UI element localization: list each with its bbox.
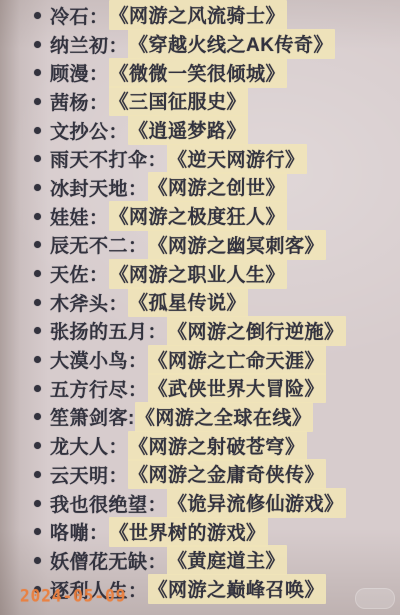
book-title-highlighted: 《网游之射破苍穹》 [128, 431, 307, 461]
author-name: 妖僧花无缺： [50, 547, 167, 574]
bullet-icon [34, 98, 41, 105]
bullet-icon [34, 127, 41, 134]
bullet-icon [34, 557, 41, 564]
list-item: 木斧头：《孤星传说》 [0, 288, 400, 317]
photo-page: 冷石：《网游之风流骑士》纳兰初：《穿越火线之AK传奇》顾漫：《微微一笑很倾城》茜… [0, 0, 400, 615]
book-title-highlighted: 《网游之职业人生》 [109, 259, 288, 289]
book-title-highlighted: 《逍遥梦路》 [128, 115, 248, 145]
author-name: 雨天不打伞： [50, 145, 167, 172]
bullet-icon [34, 69, 41, 76]
book-title-highlighted: 《网游之倒行逆施》 [167, 316, 346, 346]
book-title-highlighted: 《孤星传说》 [128, 287, 248, 317]
book-title-highlighted: 《网游之亡命天涯》 [148, 345, 327, 375]
book-title-highlighted: 《网游之创世》 [148, 172, 288, 202]
book-title-highlighted: 《黄庭道主》 [167, 545, 287, 575]
bullet-icon [34, 413, 41, 420]
author-name: 娃娃： [50, 203, 109, 230]
bullet-icon [34, 327, 41, 334]
author-name: 大漠小鸟： [50, 346, 148, 373]
author-name: 木斧头： [50, 289, 128, 316]
book-title-highlighted: 《诡异流修仙游戏》 [167, 488, 346, 518]
list-item: 冷石：《网游之风流骑士》 [0, 1, 400, 30]
author-name: 咯嘣： [50, 518, 109, 545]
author-name: 纳兰初： [50, 31, 128, 58]
book-title-highlighted: 《网游之金庸奇侠传》 [128, 459, 326, 489]
list-item: 娃娃：《网游之极度狂人》 [0, 202, 400, 231]
book-title-highlighted: 《三国征服史》 [109, 86, 249, 116]
author-name: 天佐： [50, 260, 109, 287]
book-title-highlighted: 《网游之极度狂人》 [109, 201, 288, 231]
author-name: 五方行尽： [50, 375, 148, 402]
list-item: 顾漫：《微微一笑很倾城》 [0, 58, 400, 87]
list-item: 笙箫剑客:《网游之全球在线》 [0, 403, 400, 432]
list-item: 咯嘣：《世界树的游戏》 [0, 517, 400, 546]
list-item: 纳兰初：《穿越火线之AK传奇》 [0, 30, 400, 59]
date-stamp: 2024-05-09 [20, 586, 126, 606]
list-item: 辰无不二：《网游之幽冥刺客》 [0, 231, 400, 260]
list-item: 张扬的五月：《网游之倒行逆施》 [0, 317, 400, 346]
book-title-highlighted: 《网游之风流骑士》 [109, 0, 288, 30]
book-title-highlighted: 《网游之巅峰召唤》 [148, 574, 327, 604]
list-item: 云天明：《网游之金庸奇侠传》 [0, 460, 400, 489]
bullet-icon [34, 270, 41, 277]
bullet-icon [34, 12, 41, 19]
author-name: 辰无不二： [50, 231, 148, 258]
author-name: 龙大人： [50, 432, 128, 459]
list-item: 龙大人：《网游之射破苍穹》 [0, 431, 400, 460]
author-name: 冷石： [50, 2, 109, 29]
book-title-highlighted: 《网游之全球在线》 [135, 402, 314, 432]
list-item: 我也很绝望：《诡异流修仙游戏》 [0, 489, 400, 518]
bullet-icon [34, 241, 41, 248]
bullet-icon [34, 299, 41, 306]
book-title-highlighted: 《逆天网游行》 [167, 144, 307, 174]
author-name: 文抄公： [50, 117, 128, 144]
author-name: 顾漫： [50, 59, 109, 86]
book-title-highlighted: 《穿越火线之AK传奇》 [128, 29, 335, 59]
bullet-icon [34, 213, 41, 220]
bullet-icon [34, 41, 41, 48]
list-item: 妖僧花无缺：《黄庭道主》 [0, 546, 400, 575]
bullet-icon [34, 528, 41, 535]
book-list: 冷石：《网游之风流骑士》纳兰初：《穿越火线之AK传奇》顾漫：《微微一笑很倾城》茜… [0, 0, 400, 603]
list-item: 雨天不打伞：《逆天网游行》 [0, 144, 400, 173]
list-item: 茜杨：《三国征服史》 [0, 87, 400, 116]
book-title-highlighted: 《武侠世界大冒险》 [148, 373, 327, 403]
author-name: 笙箫剑客: [50, 403, 135, 430]
bullet-icon [34, 500, 41, 507]
author-name: 张扬的五月： [50, 317, 167, 344]
bullet-icon [34, 184, 41, 191]
book-title-highlighted: 《世界树的游戏》 [109, 517, 268, 547]
bullet-icon [34, 442, 41, 449]
author-name: 冰封天地： [50, 174, 148, 201]
list-item: 五方行尽：《武侠世界大冒险》 [0, 374, 400, 403]
bullet-icon [34, 385, 41, 392]
author-name: 我也很绝望： [50, 490, 167, 517]
list-item: 天佐：《网游之职业人生》 [0, 259, 400, 288]
author-name: 云天明： [50, 461, 128, 488]
list-item: 大漠小鸟：《网游之亡命天涯》 [0, 345, 400, 374]
bullet-icon [34, 155, 41, 162]
author-name: 茜杨： [50, 88, 109, 115]
bullet-icon [34, 356, 41, 363]
list-item: 冰封天地：《网游之创世》 [0, 173, 400, 202]
watermark-pill [355, 588, 395, 609]
list-item: 文抄公：《逍遥梦路》 [0, 116, 400, 145]
bullet-icon [34, 471, 41, 478]
book-title-highlighted: 《网游之幽冥刺客》 [148, 230, 327, 260]
book-title-highlighted: 《微微一笑很倾城》 [109, 58, 288, 88]
